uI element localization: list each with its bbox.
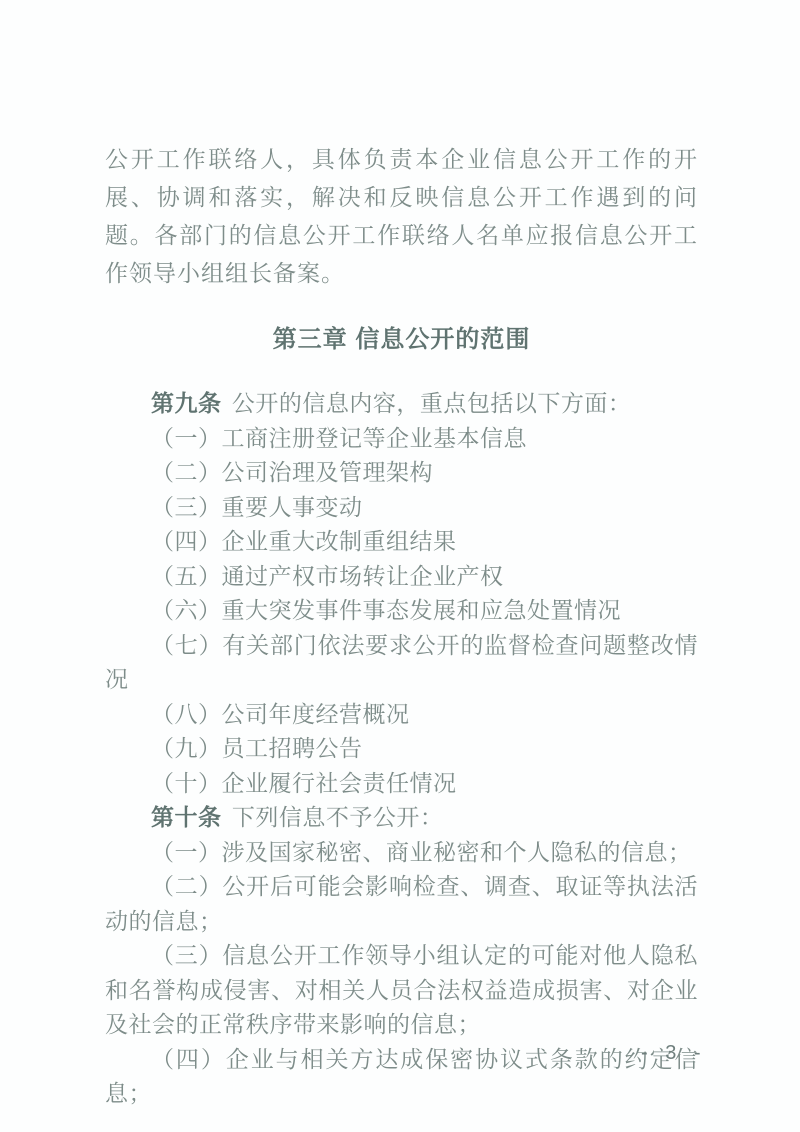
list-item: （一）工商注册登记等企业基本信息 bbox=[105, 421, 698, 456]
article-10: 第十条下列信息不予公开： （一）涉及国家秘密、商业秘密和个人隐私的信息； （二）… bbox=[105, 800, 698, 1111]
list-item: （四）企业重大改制重组结果 bbox=[105, 524, 698, 559]
article-9-lead-text: 公开的信息内容，重点包括以下方面： bbox=[232, 390, 632, 416]
document-content: 公开工作联络人，具体负责本企业信息公开工作的开展、协调和落实，解决和反映信息公开… bbox=[105, 140, 698, 1111]
article-10-lead-text: 下列信息不予公开： bbox=[232, 804, 444, 830]
article-9-label: 第九条 bbox=[151, 390, 222, 416]
article-10-items: （一）涉及国家秘密、商业秘密和个人隐私的信息； （二）公开后可能会影响检查、调查… bbox=[105, 835, 698, 1111]
intro-paragraph: 公开工作联络人，具体负责本企业信息公开工作的开展、协调和落实，解决和反映信息公开… bbox=[105, 140, 698, 292]
document-page: 公开工作联络人，具体负责本企业信息公开工作的开展、协调和落实，解决和反映信息公开… bbox=[0, 0, 800, 1132]
list-item: （十）企业履行社会责任情况 bbox=[105, 766, 698, 801]
chapter-heading: 第三章 信息公开的范围 bbox=[105, 323, 698, 357]
article-9-items: （一）工商注册登记等企业基本信息 （二）公司治理及管理架构 （三）重要人事变动 … bbox=[105, 421, 698, 801]
list-item: （九）员工招聘公告 bbox=[105, 731, 698, 766]
list-item: （六）重大突发事件事态发展和应急处置情况 bbox=[105, 593, 698, 628]
list-item: （三）重要人事变动 bbox=[105, 490, 698, 525]
list-item: （二）公开后可能会影响检查、调查、取证等执法活动的信息； bbox=[105, 869, 698, 938]
article-10-lead: 第十条下列信息不予公开： bbox=[105, 800, 698, 835]
article-9: 第九条公开的信息内容，重点包括以下方面： （一）工商注册登记等企业基本信息 （二… bbox=[105, 386, 698, 800]
page-number: - 3 - bbox=[641, 1042, 707, 1065]
list-item: （四）企业与相关方达成保密协议式条款的约定信息； bbox=[105, 1042, 698, 1111]
list-item: （七）有关部门依法要求公开的监督检查问题整改情况 bbox=[105, 628, 698, 697]
list-item: （一）涉及国家秘密、商业秘密和个人隐私的信息； bbox=[105, 835, 698, 870]
list-item: （八）公司年度经营概况 bbox=[105, 697, 698, 732]
list-item: （五）通过产权市场转让企业产权 bbox=[105, 559, 698, 594]
list-item: （三）信息公开工作领导小组认定的可能对他人隐私和名誉构成侵害、对相关人员合法权益… bbox=[105, 938, 698, 1042]
list-item: （二）公司治理及管理架构 bbox=[105, 455, 698, 490]
article-10-label: 第十条 bbox=[151, 804, 222, 830]
article-9-lead: 第九条公开的信息内容，重点包括以下方面： bbox=[105, 386, 698, 421]
